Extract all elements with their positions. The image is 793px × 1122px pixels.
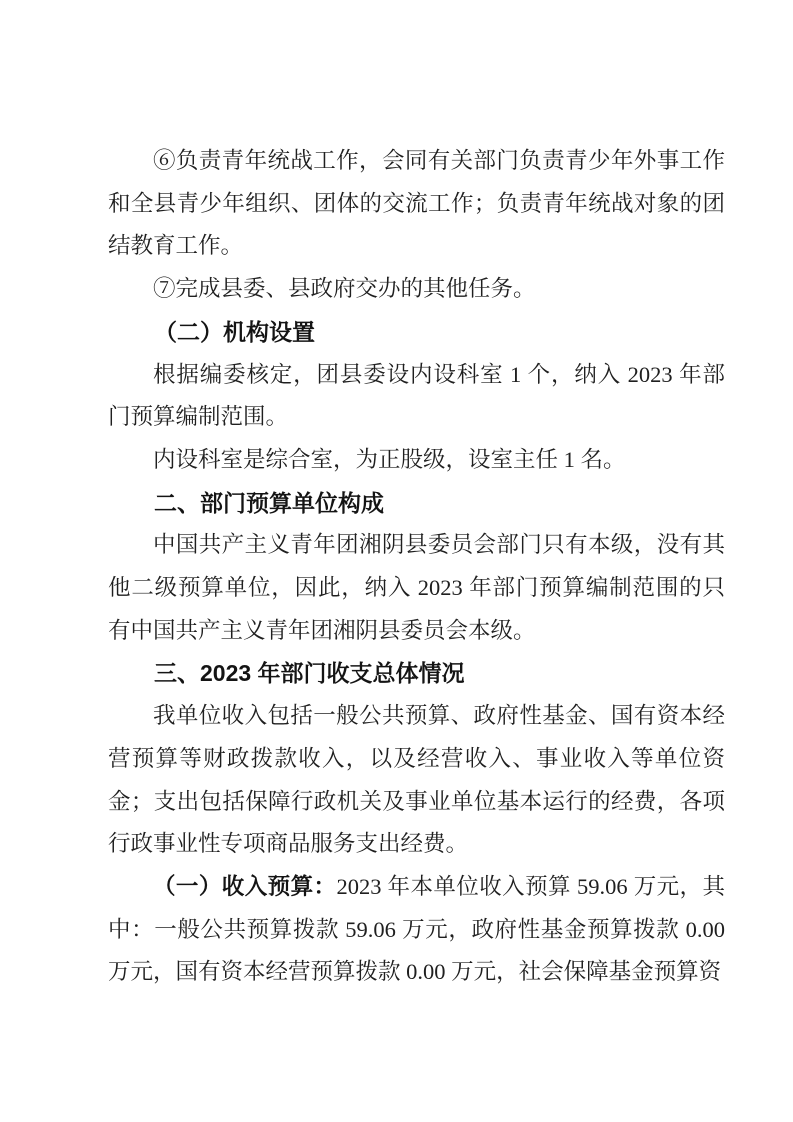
document-text-area: ⑥负责青年统战工作，会同有关部门负责青少年外事工作和全县青少年组织、团体的交流工… [108,140,725,994]
document-page: ⑥负责青年统战工作，会同有关部门负责青少年外事工作和全县青少年组织、团体的交流工… [0,0,793,1122]
paragraph-income-budget: （一）收入预算：2023 年本单位收入预算 59.06 万元，其中：一般公共预算… [108,866,725,994]
paragraph-revenue-expenditure-scope: 我单位收入包括一般公共预算、政府性基金、国有资本经营预算等财政拨款收入，以及经营… [108,695,725,866]
paragraph-duty-6-youth-united-front-work: ⑥负责青年统战工作，会同有关部门负责青少年外事工作和全县青少年组织、团体的交流工… [108,140,725,268]
paragraph-duty-7-other-tasks: ⑦完成县委、县政府交办的其他任务。 [108,268,725,311]
paragraph-internal-office-detail: 内设科室是综合室，为正股级，设室主任 1 名。 [108,439,725,482]
section-heading-budget-unit-composition: 二、部门预算单位构成 [108,482,725,525]
section-heading-organization-setup: （二）机构设置 [108,311,725,354]
section-heading-2023-revenue-expenditure-overview: 三、2023 年部门收支总体情况 [108,652,725,695]
paragraph-budget-unit-composition: 中国共产主义青年团湘阴县委员会部门只有本级，没有其他二级预算单位，因此，纳入 2… [108,524,725,652]
paragraph-internal-office-count: 根据编委核定，团县委设内设科室 1 个，纳入 2023 年部门预算编制范围。 [108,354,725,439]
income-budget-lead-label: （一）收入预算： [153,874,336,899]
